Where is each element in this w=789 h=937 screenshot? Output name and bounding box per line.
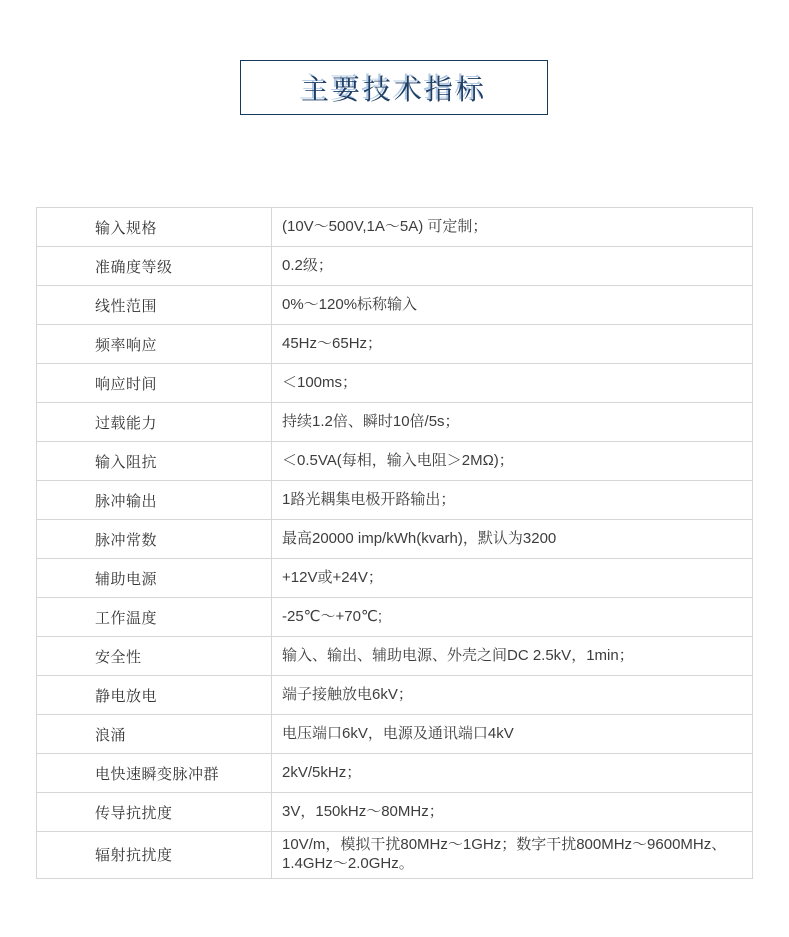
spec-value: 输入、输出、辅助电源、外壳之间DC 2.5kV，1min；: [272, 637, 752, 675]
table-row: 准确度等级 0.2级；: [37, 247, 752, 286]
table-row: 工作温度 -25℃～+70℃;: [37, 598, 752, 637]
table-row: 辅助电源 +12V或+24V；: [37, 559, 752, 598]
spec-value: 0.2级；: [272, 247, 752, 285]
spec-value: ＜100ms；: [272, 364, 752, 402]
spec-label: 电快速瞬变脉冲群: [37, 754, 272, 792]
table-row: 频率响应 45Hz～65Hz；: [37, 325, 752, 364]
spec-label: 安全性: [37, 637, 272, 675]
spec-value: ＜0.5VA(每相，输入电阻＞2MΩ)；: [272, 442, 752, 480]
spec-value: 端子接触放电6kV；: [272, 676, 752, 714]
table-row: 静电放电 端子接触放电6kV；: [37, 676, 752, 715]
spec-label: 浪涌: [37, 715, 272, 753]
spec-label: 输入阻抗: [37, 442, 272, 480]
spec-value: 2kV/5kHz；: [272, 754, 752, 792]
table-row: 输入规格 (10V～500V,1A～5A) 可定制；: [37, 208, 752, 247]
spec-label: 响应时间: [37, 364, 272, 402]
page: 主要技术指标 输入规格 (10V～500V,1A～5A) 可定制； 准确度等级 …: [0, 0, 789, 937]
table-row: 响应时间 ＜100ms；: [37, 364, 752, 403]
spec-label: 工作温度: [37, 598, 272, 636]
spec-label: 辐射抗扰度: [37, 832, 272, 878]
spec-value: 3V，150kHz～80MHz；: [272, 793, 752, 831]
spec-value: 电压端口6kV，电源及通讯端口4kV: [272, 715, 752, 753]
table-row: 安全性 输入、输出、辅助电源、外壳之间DC 2.5kV，1min；: [37, 637, 752, 676]
spec-value: 持续1.2倍、瞬时10倍/5s；: [272, 403, 752, 441]
spec-label: 线性范围: [37, 286, 272, 324]
spec-label: 传导抗扰度: [37, 793, 272, 831]
section-title-box: 主要技术指标: [240, 60, 548, 115]
spec-value: (10V～500V,1A～5A) 可定制；: [272, 208, 752, 246]
spec-value: -25℃～+70℃;: [272, 598, 752, 636]
table-row: 电快速瞬变脉冲群 2kV/5kHz；: [37, 754, 752, 793]
table-row: 浪涌 电压端口6kV，电源及通讯端口4kV: [37, 715, 752, 754]
spec-value: +12V或+24V；: [272, 559, 752, 597]
spec-label: 静电放电: [37, 676, 272, 714]
spec-label: 输入规格: [37, 208, 272, 246]
table-row: 脉冲输出 1路光耦集电极开路输出；: [37, 481, 752, 520]
table-row: 过载能力 持续1.2倍、瞬时10倍/5s；: [37, 403, 752, 442]
spec-label: 脉冲常数: [37, 520, 272, 558]
spec-table: 输入规格 (10V～500V,1A～5A) 可定制； 准确度等级 0.2级； 线…: [36, 207, 753, 879]
spec-value: 最高20000 imp/kWh(kvarh)，默认为3200: [272, 520, 752, 558]
table-row: 输入阻抗 ＜0.5VA(每相，输入电阻＞2MΩ)；: [37, 442, 752, 481]
table-row: 脉冲常数 最高20000 imp/kWh(kvarh)，默认为3200: [37, 520, 752, 559]
spec-value: 0%～120%标称输入: [272, 286, 752, 324]
spec-label: 辅助电源: [37, 559, 272, 597]
table-row: 传导抗扰度 3V，150kHz～80MHz；: [37, 793, 752, 832]
page-title: 主要技术指标: [301, 68, 487, 108]
spec-value: 10V/m，模拟干扰80MHz～1GHz；数字干扰800MHz～9600MHz、…: [272, 832, 752, 878]
spec-value: 45Hz～65Hz；: [272, 325, 752, 363]
spec-label: 频率响应: [37, 325, 272, 363]
spec-label: 准确度等级: [37, 247, 272, 285]
spec-label: 脉冲输出: [37, 481, 272, 519]
spec-label: 过载能力: [37, 403, 272, 441]
table-row: 辐射抗扰度 10V/m，模拟干扰80MHz～1GHz；数字干扰800MHz～96…: [37, 832, 752, 878]
spec-value: 1路光耦集电极开路输出；: [272, 481, 752, 519]
table-row: 线性范围 0%～120%标称输入: [37, 286, 752, 325]
